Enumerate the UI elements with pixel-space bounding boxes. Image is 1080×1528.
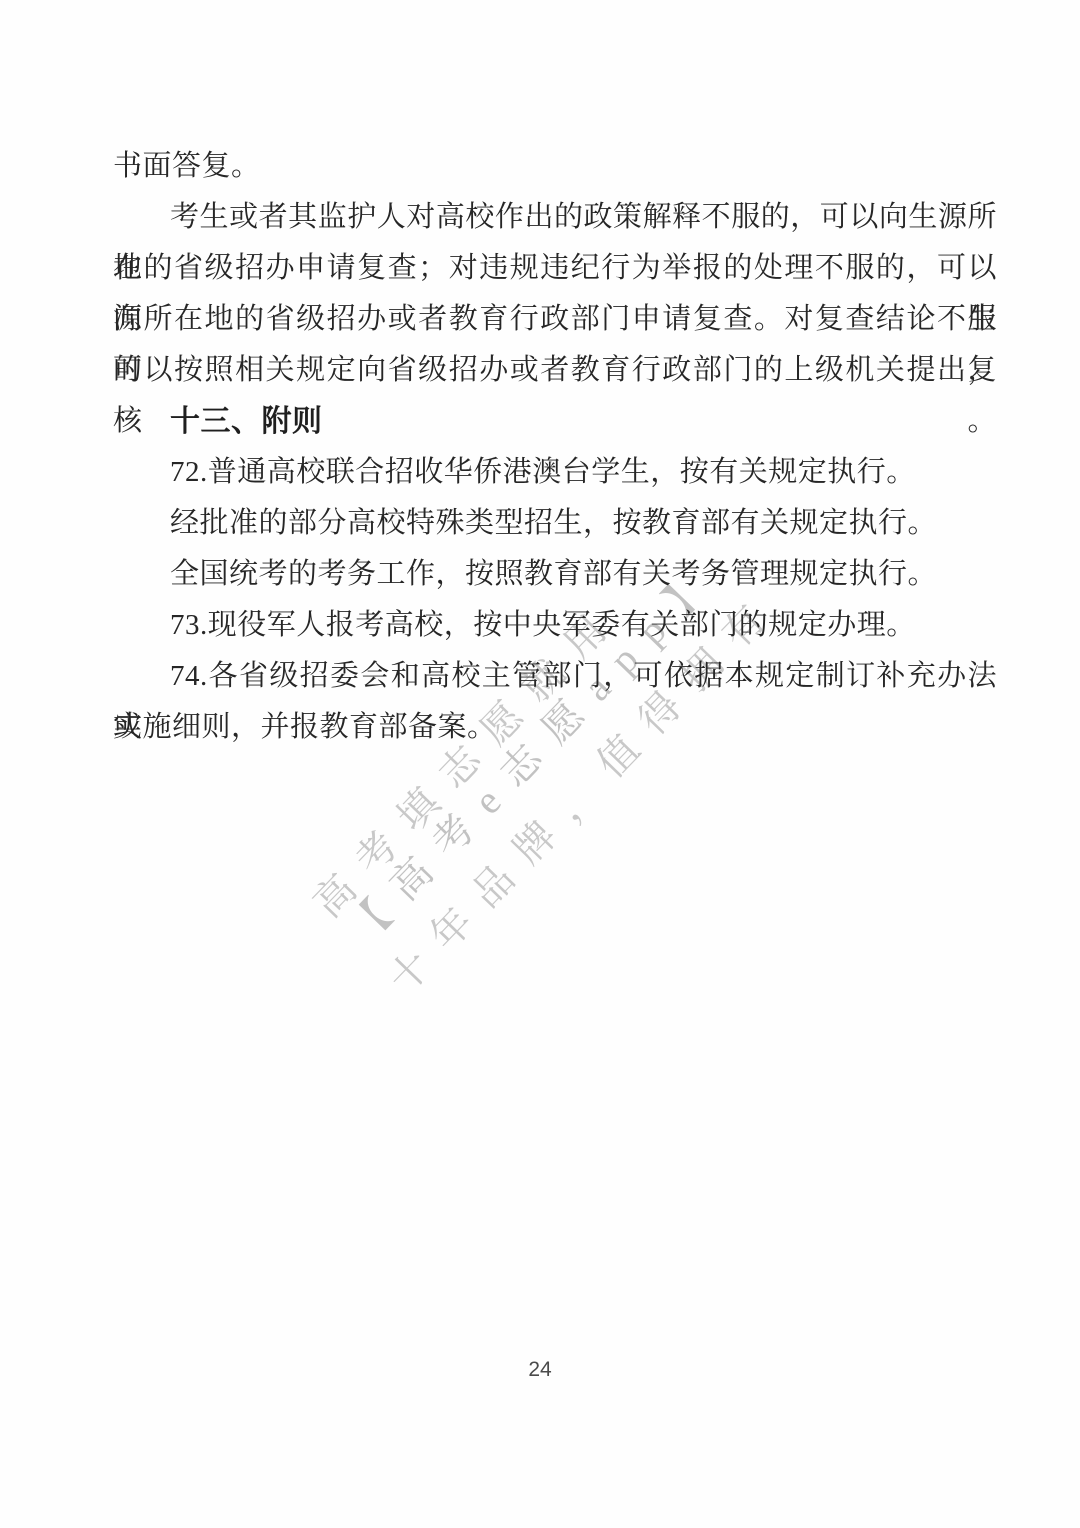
text-line: 实施细则，并报教育部备案。 bbox=[113, 702, 997, 753]
text-line-item-72: 72.普通高校联合招收华侨港澳台学生，按有关规定执行。 bbox=[113, 447, 997, 498]
text-line: 书面答复。 bbox=[113, 141, 997, 192]
text-line: 可以按照相关规定向省级招办或者教育行政部门的上级机关提出复核。 bbox=[113, 345, 997, 396]
text-line: 地的省级招办申请复查；对违规违纪行为举报的处理不服的，可以向生 bbox=[113, 243, 997, 294]
text-line: 源所在地的省级招办或者教育行政部门申请复查。对复查结论不服的， bbox=[113, 294, 997, 345]
text-line: 考生或者其监护人对高校作出的政策解释不服的，可以向生源所在 bbox=[113, 192, 997, 243]
page-number: 24 bbox=[0, 1358, 1080, 1382]
document-body: 书面答复。 考生或者其监护人对高校作出的政策解释不服的，可以向生源所在 地的省级… bbox=[113, 141, 997, 753]
text-line-item-74: 74.各省级招委会和高校主管部门，可依据本规定制订补充办法或 bbox=[113, 651, 997, 702]
text-line: 经批准的部分高校特殊类型招生，按教育部有关规定执行。 bbox=[113, 498, 997, 549]
text-line-item-73: 73.现役军人报考高校，按中央军委有关部门的规定办理。 bbox=[113, 600, 997, 651]
document-page: 高考填志愿就用 【高考e志愿app】 十年品牌，值得拥有 书面答复。 考生或者其… bbox=[0, 0, 1080, 1528]
text-line: 全国统考的考务工作，按照教育部有关考务管理规定执行。 bbox=[113, 549, 997, 600]
